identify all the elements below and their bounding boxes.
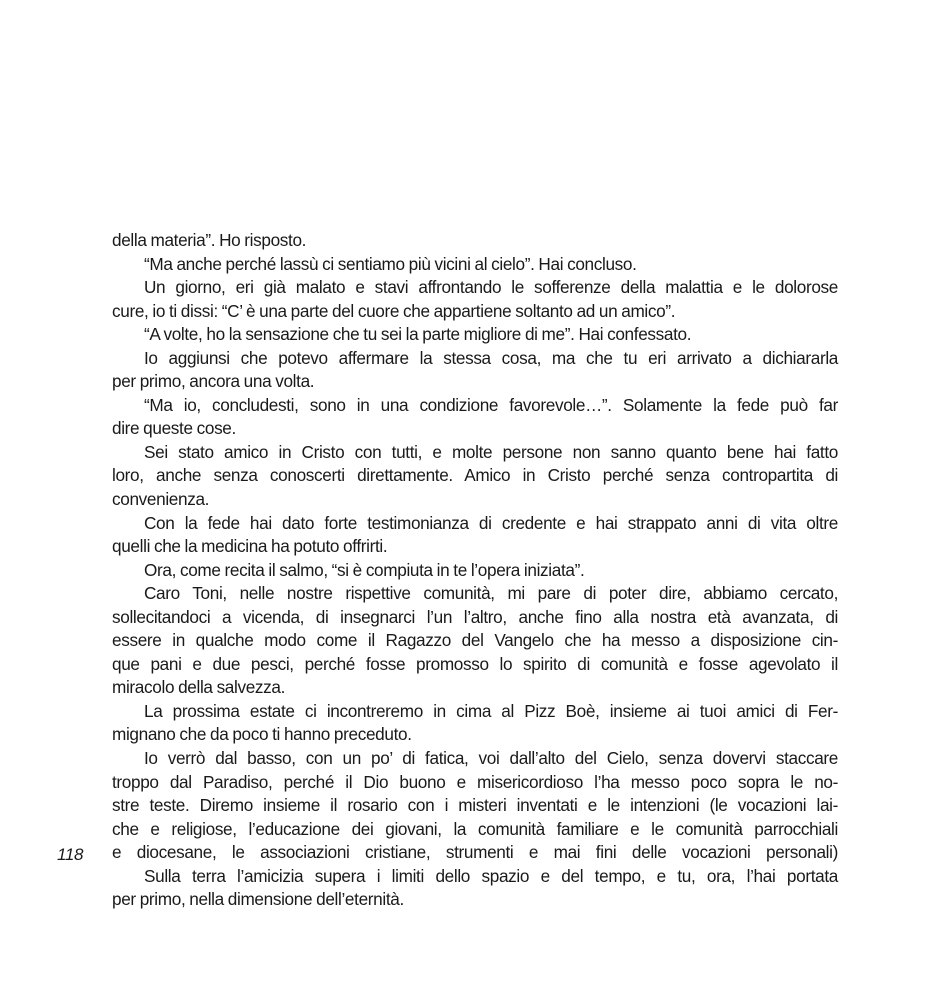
text-line: Sei stato amico in Cristo con tutti, e m… — [112, 441, 838, 465]
text-line: Sulla terra l’amicizia supera i limiti d… — [112, 865, 838, 889]
text-line: quelli che la medicina ha potuto offrirt… — [112, 535, 838, 559]
text-line: loro, anche senza conoscerti direttament… — [112, 464, 838, 488]
text-line: dire queste cose. — [112, 417, 838, 441]
text-line: “Ma anche perché lassù ci sentiamo più v… — [112, 253, 838, 277]
text-line: convenienza. — [112, 488, 838, 512]
text-line: mignano che da poco ti hanno preceduto. — [112, 723, 838, 747]
text-line: per primo, ancora una volta. — [112, 370, 838, 394]
text-line: “A volte, ho la sensazione che tu sei la… — [112, 323, 838, 347]
text-line: sollecitandoci a vicenda, di insegnarci … — [112, 606, 838, 630]
text-line: “Ma io, concludesti, sono in una condizi… — [112, 394, 838, 418]
text-line: e diocesane, le associazioni cristiane, … — [112, 841, 838, 865]
text-line: per primo, nella dimensione dell’eternit… — [112, 888, 838, 912]
text-line: della materia”. Ho risposto. — [112, 229, 838, 253]
text-line: que pani e due pesci, perché fosse promo… — [112, 653, 838, 677]
text-line: troppo dal Paradiso, perché il Dio buono… — [112, 771, 838, 795]
text-line: cure, io ti dissi: “C’ è una parte del c… — [112, 300, 838, 324]
text-line: La prossima estate ci incontreremo in ci… — [112, 700, 838, 724]
text-line: stre teste. Diremo insieme il rosario co… — [112, 794, 838, 818]
text-line: Con la fede hai dato forte testimonianza… — [112, 512, 838, 536]
text-line: Un giorno, eri già malato e stavi affron… — [112, 276, 838, 300]
text-line: Ora, come recita il salmo, “si è compiut… — [112, 559, 838, 583]
page-number: 118 — [57, 845, 83, 865]
text-line: essere in qualche modo come il Ragazzo d… — [112, 629, 838, 653]
text-line: Caro Toni, nelle nostre rispettive comun… — [112, 582, 838, 606]
text-line: che e religiose, l’educazione dei giovan… — [112, 818, 838, 842]
text-line: Io aggiunsi che potevo affermare la stes… — [112, 347, 838, 371]
text-line: Io verrò dal basso, con un po’ di fatica… — [112, 747, 838, 771]
text-line: miracolo della salvezza. — [112, 676, 838, 700]
page-body-text: della materia”. Ho risposto. “Ma anche p… — [112, 229, 838, 912]
